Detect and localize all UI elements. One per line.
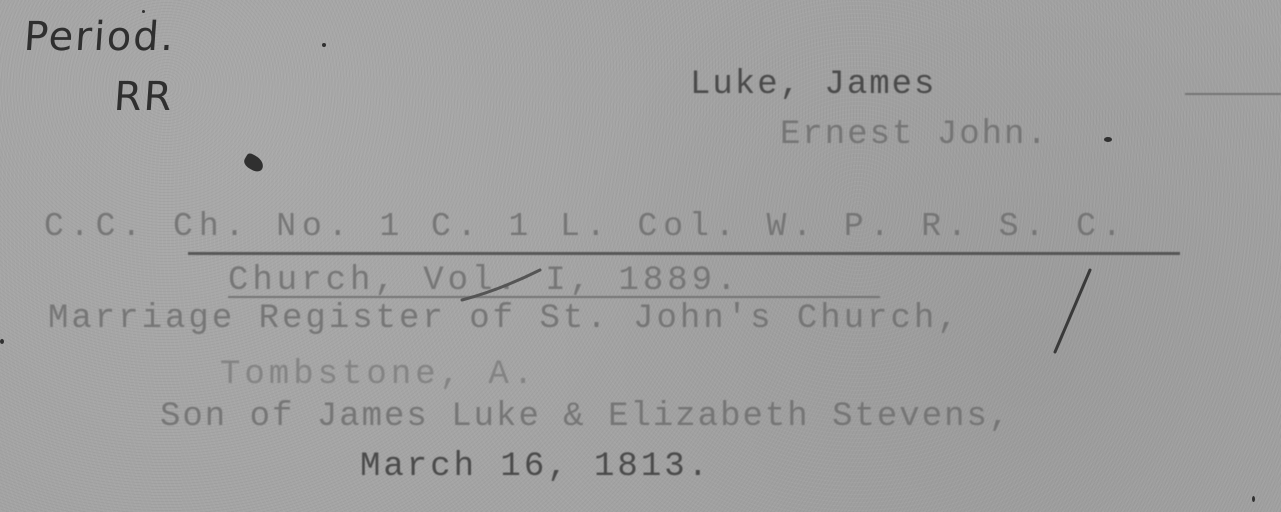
index-card: Period. RR Luke, James Ernest John. C.C.… [0, 0, 1281, 512]
ink-dot [0, 339, 4, 344]
ink-dot [1104, 137, 1112, 142]
ink-dot [1252, 496, 1255, 502]
ink-dot [322, 43, 326, 47]
ink-dot [142, 10, 145, 13]
pen-strike-marks [0, 0, 1281, 512]
